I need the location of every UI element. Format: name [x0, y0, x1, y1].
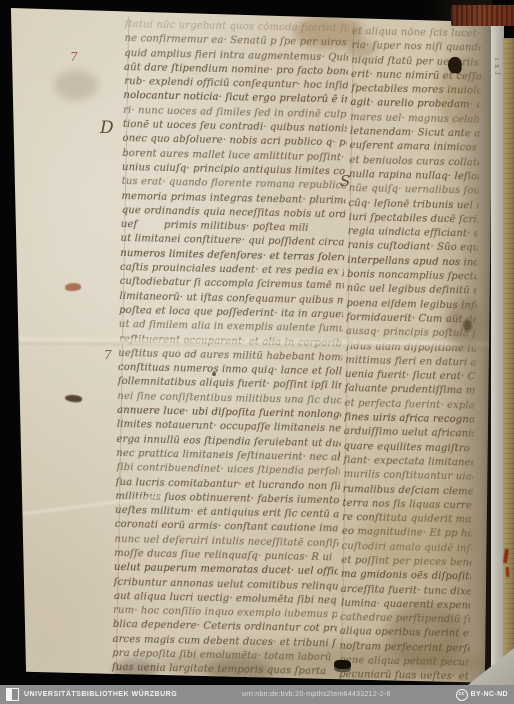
smudge-top-left [54, 70, 98, 100]
facing-page-edge [503, 38, 514, 685]
scan-viewport: ſtatui nūc urgebant quos cōmoda fuerint … [0, 0, 514, 704]
ink-dot [212, 372, 216, 376]
urn-identifier: urn:nbn:de:bvb:20-mpths2tem64433212-2-6 [177, 691, 455, 698]
manuscript-text-line: pecuniarū ſuas ueſtes· et alia [339, 668, 469, 685]
initial-letter-s: S [340, 172, 350, 190]
red-edge-mark-2 [506, 567, 510, 577]
edge-inscription: ıxſ [493, 58, 501, 79]
manuscript-page: ſtatui nūc urgebant quos cōmoda fuerint … [8, 6, 496, 684]
cc-icon: cc [456, 689, 468, 701]
gutter-fade [460, 16, 486, 684]
paragraph-margin-mark: 7 [104, 348, 112, 362]
license-badge: cc BY-NC-ND [456, 689, 508, 701]
manuscript-photo: ſtatui nūc urgebant quos cōmoda fuerint … [0, 0, 514, 685]
metadata-footer-bar: UNIVERSITÄTSBIBLIOTHEK WÜRZBURG urn:nbn:… [0, 685, 514, 704]
red-margin-mark: 7 [70, 50, 78, 64]
text-column-left: ſtatui nūc urgebant quos cōmoda fuerint … [112, 18, 349, 680]
license-label: BY-NC-ND [471, 691, 508, 698]
library-logo [6, 688, 19, 701]
binding-headband [451, 5, 514, 26]
ink-blot-bottom [334, 660, 351, 672]
red-blot-left-margin [65, 282, 82, 292]
library-name: UNIVERSITÄTSBIBLIOTHEK WÜRZBURG [24, 691, 177, 698]
initial-letter-d: D [100, 118, 114, 138]
paragraph-hook-mark: ) [337, 450, 341, 461]
ink-blot-left-margin [65, 394, 83, 403]
